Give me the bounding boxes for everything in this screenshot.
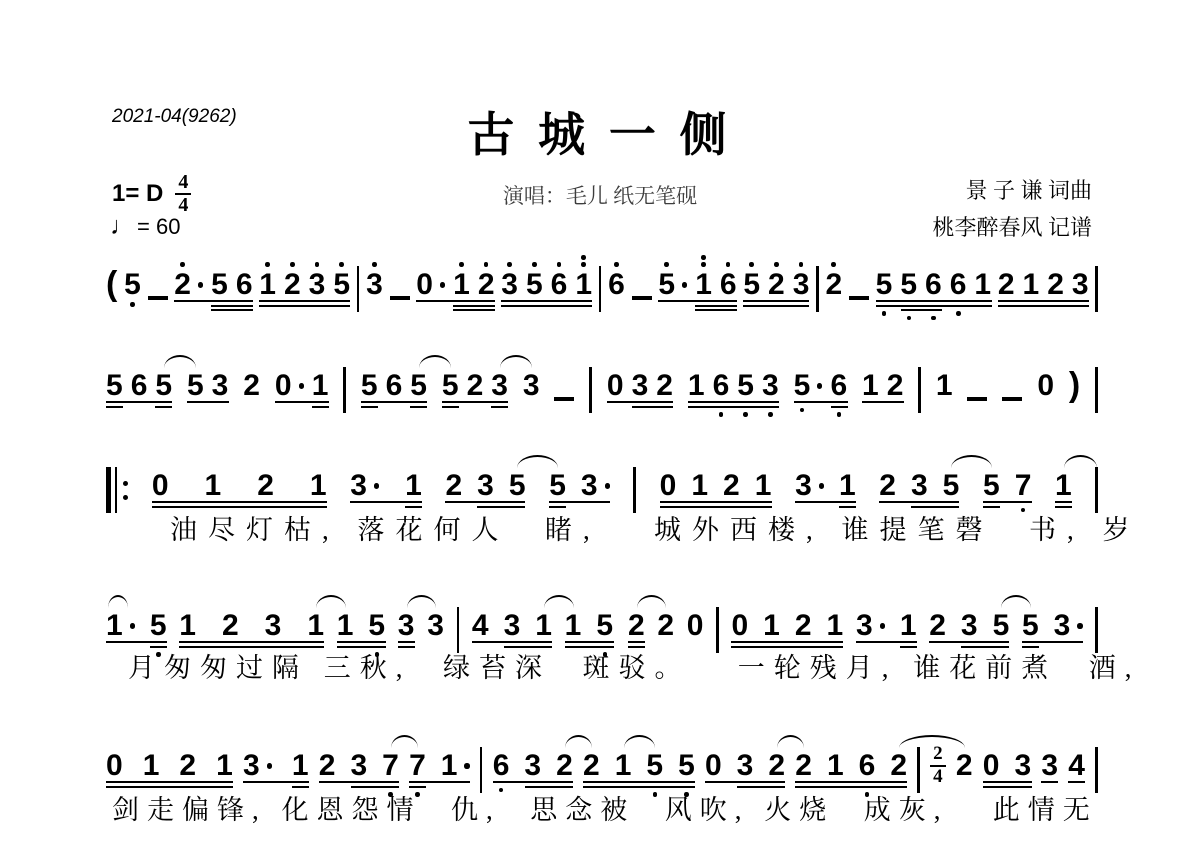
note: 3 bbox=[581, 454, 610, 502]
note-digit-row: 3 bbox=[581, 470, 610, 502]
note-group: 523 bbox=[743, 253, 809, 301]
note-group: 31 bbox=[350, 454, 422, 502]
note-digit-row: 2 bbox=[929, 610, 946, 642]
octave-dot-below bbox=[768, 412, 773, 417]
note-digit: 2 bbox=[795, 610, 812, 642]
note-digit-row: 5 bbox=[410, 370, 427, 402]
note-digit: 1 bbox=[1023, 269, 1040, 301]
dash-group bbox=[1002, 354, 1022, 401]
note: 6 bbox=[859, 734, 876, 782]
note-digit-row: 1 bbox=[839, 470, 856, 502]
key-text: 1= D bbox=[112, 180, 163, 208]
note-digit: 1 bbox=[827, 610, 844, 642]
note-digit: 2 bbox=[890, 750, 907, 782]
note-digit-row: 1 bbox=[441, 750, 470, 782]
note-digit: 3 bbox=[737, 750, 754, 782]
note-digit: 5 bbox=[1022, 610, 1039, 642]
octave-dot bbox=[581, 262, 586, 267]
repeat-dot bbox=[123, 495, 128, 500]
note-digit: 5 bbox=[155, 370, 172, 402]
octave-dots-above bbox=[484, 253, 489, 269]
note-digit: 1 bbox=[763, 610, 780, 642]
note: 5 bbox=[106, 354, 123, 402]
note-digit-row: 1 bbox=[936, 370, 953, 402]
note-digit: 1 bbox=[755, 470, 772, 502]
note-group: 71 bbox=[409, 734, 470, 782]
credit-transcriber: 桃李醉春风 记谱 bbox=[932, 209, 1092, 246]
beam-underline bbox=[879, 501, 959, 503]
note-digit: 1 bbox=[900, 610, 917, 642]
note-group: 0 bbox=[687, 594, 704, 642]
barline bbox=[1095, 266, 1098, 312]
music-line: (525612353012356165165232556612123 bbox=[106, 253, 1098, 325]
note-digit: 6 bbox=[236, 269, 253, 301]
octave-dot bbox=[701, 262, 706, 267]
note-group: 03 bbox=[983, 734, 1031, 782]
note-group: 237 bbox=[319, 734, 399, 782]
note-digit-row: 6 bbox=[131, 370, 148, 402]
duration-dash bbox=[390, 296, 410, 300]
octave-dots-above bbox=[532, 253, 537, 269]
note: 3 bbox=[524, 734, 541, 782]
beam-underline bbox=[929, 641, 1009, 643]
barline bbox=[633, 467, 636, 513]
note: 5 bbox=[150, 594, 167, 642]
note-digit-row: 2 bbox=[284, 269, 301, 301]
note-digit-row: 3 bbox=[1014, 750, 1031, 782]
note: 2 bbox=[795, 594, 812, 642]
note-digit-row: 3 bbox=[632, 370, 649, 402]
note-digit-row: 5 bbox=[943, 470, 960, 502]
note: 1 bbox=[827, 734, 844, 782]
note-digit-row: 3 bbox=[309, 269, 326, 301]
note-digit: 1 bbox=[179, 610, 196, 642]
note-digit-row: 1 bbox=[337, 610, 354, 642]
octave-dot bbox=[799, 262, 804, 267]
note-group: 152 bbox=[565, 594, 645, 642]
note: 6 bbox=[720, 253, 737, 301]
note: 2 bbox=[257, 454, 274, 502]
note-group: 0121 bbox=[660, 454, 772, 502]
dash-group bbox=[148, 253, 168, 300]
dash-group bbox=[632, 253, 652, 300]
lyrics-line: 月匆匆过隔 三秋, 绿苔深 斑驳。 一轮残月, 谁花前煮 酒, bbox=[128, 646, 1141, 685]
augmentation-dot bbox=[817, 383, 822, 388]
credit-composer: 景 子 谦 词曲 bbox=[932, 172, 1092, 209]
note-digit-row: 6 bbox=[386, 370, 403, 402]
note-group: 256 bbox=[174, 253, 252, 301]
octave-dots-above bbox=[459, 253, 464, 269]
octave-dots-above bbox=[507, 253, 512, 269]
note-digit-row: 4 bbox=[472, 610, 489, 642]
note: 3 bbox=[737, 734, 754, 782]
octave-dot bbox=[532, 262, 537, 267]
note-digit-row: 3 bbox=[524, 750, 541, 782]
dash-note bbox=[148, 253, 168, 300]
octave-dots-above bbox=[701, 253, 706, 269]
note-digit-row: 6 bbox=[551, 269, 568, 301]
beam-underline bbox=[416, 300, 495, 302]
note-digit-row: 5 bbox=[155, 370, 172, 402]
beam-underline bbox=[501, 300, 592, 302]
note-digit: 5 bbox=[361, 370, 378, 402]
octave-dot-below bbox=[130, 302, 135, 307]
note-digit-row: 1 bbox=[405, 470, 422, 502]
note: 2 bbox=[723, 454, 740, 502]
octave-dot-below bbox=[882, 311, 887, 316]
note-digit: 3 bbox=[581, 470, 598, 502]
note-group: 032 bbox=[705, 734, 785, 782]
note-digit-row: 5 bbox=[509, 470, 526, 502]
note: 3 bbox=[632, 354, 649, 402]
note-group: 3 bbox=[366, 253, 383, 301]
note: 2 bbox=[887, 354, 904, 402]
note-group: 12 bbox=[862, 354, 903, 402]
note-digit: 3 bbox=[1072, 269, 1089, 301]
note: 1 bbox=[691, 454, 708, 502]
note-digit-row: 7 bbox=[409, 750, 426, 782]
note-digit-row: 3 bbox=[243, 750, 272, 782]
note: 3 bbox=[856, 594, 885, 642]
beam-underline bbox=[312, 406, 329, 408]
note: 1 bbox=[827, 594, 844, 642]
tempo-value: = 60 bbox=[137, 214, 180, 240]
note-digit-row: 2 bbox=[583, 750, 600, 782]
beam-underline bbox=[259, 305, 350, 307]
note: 5 bbox=[900, 253, 917, 301]
octave-dot-below bbox=[956, 311, 961, 316]
note-digit-row: 5 bbox=[876, 269, 893, 301]
note-digit-row: 3 bbox=[477, 470, 494, 502]
time-denominator: 4 bbox=[933, 767, 943, 787]
sheet-page: 2021-04(9262) 古 城 一 侧 演唱：毛儿 纸无笔砚 景 子 谦 词… bbox=[0, 0, 1200, 850]
note-digit: 1 bbox=[695, 269, 712, 301]
note-digit: 2 bbox=[556, 750, 573, 782]
note-digit: 1 bbox=[312, 370, 329, 402]
bar-group bbox=[480, 734, 483, 793]
credits-block: 景 子 谦 词曲 桃李醉春风 记谱 bbox=[932, 172, 1092, 246]
bar-group bbox=[816, 253, 819, 312]
note-digit-row: 2 bbox=[628, 610, 645, 642]
note: 1 bbox=[310, 454, 327, 502]
note-group: 1235 bbox=[259, 253, 350, 301]
beam-underline bbox=[337, 641, 386, 643]
beam-underline bbox=[876, 305, 992, 307]
beam-underline bbox=[998, 305, 1089, 307]
note-digit: 1 bbox=[575, 269, 592, 301]
note-digit: 2 bbox=[795, 750, 812, 782]
bar-group bbox=[357, 253, 360, 312]
note-digit: 2 bbox=[319, 750, 336, 782]
note: 3 bbox=[366, 253, 383, 301]
note: 3 bbox=[243, 734, 272, 782]
note-digit: 1 bbox=[143, 750, 160, 782]
note-digit-row: 6 bbox=[950, 269, 967, 301]
note-digit: 3 bbox=[212, 370, 229, 402]
note-digit: 5 bbox=[333, 269, 350, 301]
note-digit-row: 2 bbox=[723, 470, 740, 502]
note-group: 53 bbox=[549, 454, 610, 502]
note-digit-row: 3 bbox=[427, 610, 444, 642]
note-digit-row: 5 bbox=[106, 370, 123, 402]
note-digit: 7 bbox=[1015, 470, 1032, 502]
beam-underline bbox=[259, 300, 350, 302]
note-digit-row: 3 bbox=[1041, 750, 1058, 782]
note: 1 bbox=[839, 454, 856, 502]
beam-underline bbox=[1041, 781, 1058, 783]
note-digit: 0 bbox=[731, 610, 748, 642]
note-digit-row: 0 bbox=[607, 370, 624, 402]
parenthesis-glyph: ( bbox=[106, 264, 117, 304]
note-digit: 1 bbox=[615, 750, 632, 782]
octave-dot bbox=[315, 262, 320, 267]
beam-underline bbox=[179, 641, 324, 643]
note: 6 bbox=[830, 354, 847, 402]
beam-underline bbox=[398, 641, 415, 643]
note-digit: 0 bbox=[687, 610, 704, 642]
note: 5 bbox=[361, 354, 378, 402]
note-digit-row: 6 bbox=[859, 750, 876, 782]
augmentation-dot bbox=[198, 282, 203, 287]
note-digit: 4 bbox=[1068, 750, 1085, 782]
note: 3 bbox=[1014, 734, 1031, 782]
note: 2 bbox=[445, 454, 462, 502]
note-digit-row: 2 bbox=[319, 750, 336, 782]
note: 2 bbox=[174, 253, 203, 301]
note: 2 bbox=[1047, 253, 1064, 301]
note-digit: 2 bbox=[243, 370, 260, 402]
note-group: 1653 bbox=[688, 354, 779, 402]
note-digit-row: 6 bbox=[608, 269, 625, 301]
note: 1 bbox=[143, 734, 160, 782]
note: 0 bbox=[106, 734, 123, 782]
note-digit-row: 0 bbox=[416, 269, 445, 301]
note-group: 31 bbox=[243, 734, 309, 782]
note: 3 bbox=[504, 594, 521, 642]
note: 1 bbox=[936, 354, 953, 402]
note: 1 bbox=[763, 594, 780, 642]
octave-dot-below bbox=[743, 412, 748, 417]
note-digit-row: 5 bbox=[368, 610, 385, 642]
note-digit: 1 bbox=[292, 750, 309, 782]
note: 1 bbox=[441, 734, 470, 782]
beam-underline bbox=[1022, 641, 1083, 643]
note-digit: 2 bbox=[628, 610, 645, 642]
note-digit-row: 2 bbox=[657, 610, 674, 642]
octave-dots-above bbox=[749, 253, 754, 269]
song-title: 古 城 一 侧 bbox=[0, 98, 1200, 165]
rep-group bbox=[106, 454, 128, 513]
note-digit-row: 1 bbox=[106, 610, 135, 642]
note: 6 bbox=[925, 253, 942, 301]
note: 3 bbox=[1072, 253, 1089, 301]
note-digit: 2 bbox=[825, 269, 842, 301]
note-group: 235 bbox=[879, 454, 959, 502]
tempo-marking: ♩ = 60 bbox=[110, 212, 180, 241]
beam-underline bbox=[862, 401, 904, 403]
beam-underline bbox=[211, 305, 253, 307]
note-digit: 5 bbox=[410, 370, 427, 402]
key-signature: 1= D 4 4 bbox=[112, 172, 191, 216]
note-digit-row: 5 bbox=[646, 750, 663, 782]
octave-dot-below bbox=[907, 316, 912, 321]
note-digit: 6 bbox=[925, 269, 942, 301]
note: 2 bbox=[656, 354, 673, 402]
beam-underline bbox=[983, 781, 1032, 783]
note: 6 bbox=[551, 253, 568, 301]
note: 5 bbox=[333, 253, 350, 301]
beam-underline bbox=[453, 309, 495, 311]
duration-dash bbox=[967, 397, 987, 401]
note-group: 2 bbox=[825, 253, 842, 301]
bar-group bbox=[457, 594, 460, 653]
octave-dots-above bbox=[339, 253, 344, 269]
note: 6 bbox=[386, 354, 403, 402]
note-digit-row: 0 bbox=[275, 370, 304, 402]
dash-note bbox=[849, 253, 869, 300]
augmentation-dot bbox=[374, 483, 379, 488]
note-digit-row: 2 bbox=[243, 370, 260, 402]
barline bbox=[917, 747, 920, 793]
note-digit: 2 bbox=[768, 750, 785, 782]
beam-underline bbox=[876, 300, 992, 302]
note-digit-row: 5 bbox=[187, 370, 204, 402]
octave-dot bbox=[749, 262, 754, 267]
note-group: 31 bbox=[795, 454, 856, 502]
note-group: 55661 bbox=[876, 253, 991, 301]
octave-dots-above bbox=[290, 253, 295, 269]
note-digit: 1 bbox=[337, 610, 354, 642]
note: 1 bbox=[292, 734, 309, 782]
octave-dot-below bbox=[837, 412, 842, 417]
note: 0 bbox=[275, 354, 304, 402]
note-digit-row: 5 bbox=[124, 269, 141, 301]
note-digit-row: 1 bbox=[179, 610, 196, 642]
note-digit: 6 bbox=[950, 269, 967, 301]
octave-dots-above bbox=[180, 253, 185, 269]
note-digit-row: 3 bbox=[856, 610, 885, 642]
note-digit-row: 5 bbox=[678, 750, 695, 782]
augmentation-dot bbox=[464, 763, 469, 768]
note-digit: 3 bbox=[427, 610, 444, 642]
note-group: 31 bbox=[856, 594, 917, 642]
note: 5 bbox=[743, 253, 760, 301]
note: 5 bbox=[596, 594, 613, 642]
note-digit: 3 bbox=[366, 269, 383, 301]
octave-dot bbox=[701, 255, 706, 260]
note-digit-row: 3 bbox=[212, 370, 229, 402]
note-digit-row: 2 bbox=[556, 750, 573, 782]
barline bbox=[480, 747, 483, 793]
note-digit: 1 bbox=[535, 610, 552, 642]
note-group: 56 bbox=[794, 354, 848, 402]
note-digit: 5 bbox=[526, 269, 543, 301]
note-digit-row: 3 bbox=[350, 750, 367, 782]
beam-underline bbox=[705, 781, 785, 783]
note-digit-row: 6 bbox=[493, 750, 510, 782]
barline bbox=[1095, 467, 1098, 513]
note-group: 632 bbox=[493, 734, 573, 782]
note-digit: 5 bbox=[737, 370, 754, 402]
duration-dash bbox=[554, 397, 574, 401]
note-digit: 2 bbox=[998, 269, 1015, 301]
dash-note bbox=[554, 354, 574, 401]
note-digit-row: 0 bbox=[152, 470, 169, 502]
note-digit-row: 0 bbox=[687, 610, 704, 642]
note-digit: 4 bbox=[472, 610, 489, 642]
bar-group bbox=[918, 354, 921, 413]
repeat-thin-bar bbox=[115, 467, 117, 513]
octave-dot bbox=[484, 262, 489, 267]
note-group: 01 bbox=[275, 354, 329, 402]
music-line: 5655320156552330321653561210) bbox=[106, 354, 1098, 426]
beam-underline bbox=[688, 406, 779, 408]
octave-dots-above bbox=[557, 253, 562, 269]
note-digit: 1 bbox=[307, 610, 324, 642]
note: 2 bbox=[179, 734, 196, 782]
barline bbox=[816, 266, 819, 312]
par-group: ( bbox=[106, 253, 117, 304]
note-digit: 1 bbox=[310, 470, 327, 502]
note: 2 bbox=[879, 454, 896, 502]
note: 6 bbox=[713, 354, 730, 402]
beam-underline bbox=[174, 300, 253, 302]
augmentation-dot bbox=[880, 623, 885, 628]
beam-underline bbox=[743, 305, 809, 307]
note-digit-row: 2 bbox=[879, 470, 896, 502]
note-digit-row: 5 bbox=[333, 269, 350, 301]
dash-group bbox=[390, 253, 410, 300]
octave-dot bbox=[265, 262, 270, 267]
note-digit-row: 2 bbox=[445, 470, 462, 502]
note-digit-row: 5 bbox=[983, 470, 1000, 502]
octave-dot bbox=[459, 262, 464, 267]
beam-underline bbox=[660, 501, 772, 503]
octave-dot bbox=[664, 262, 669, 267]
note: 1 bbox=[755, 454, 772, 502]
lyrics-line: 油尽灯枯, 落花何人 睹, 城外西楼, 谁提笔磬 书, 岁 bbox=[170, 508, 1141, 547]
note-digit: 3 bbox=[477, 470, 494, 502]
note-digit: 6 bbox=[131, 370, 148, 402]
note-digit: 1 bbox=[205, 470, 222, 502]
beam-underline bbox=[453, 305, 495, 307]
note-digit: 0 bbox=[106, 750, 123, 782]
note-digit: 3 bbox=[1014, 750, 1031, 782]
beam-underline bbox=[695, 309, 737, 311]
beam-underline bbox=[319, 781, 399, 783]
beam-underline bbox=[493, 781, 573, 783]
beam-underline bbox=[549, 501, 610, 503]
note-digit: 2 bbox=[284, 269, 301, 301]
note: 1 bbox=[216, 734, 233, 782]
beam-underline bbox=[795, 781, 907, 783]
note-digit-row: 1 bbox=[763, 610, 780, 642]
note-digit: 3 bbox=[243, 750, 260, 782]
note-digit: 2 bbox=[656, 370, 673, 402]
octave-dot-below bbox=[931, 316, 936, 321]
barline bbox=[357, 266, 360, 312]
note-digit-row: 1 bbox=[310, 470, 327, 502]
note-digit: 6 bbox=[859, 750, 876, 782]
note-digit-row: 0 bbox=[1037, 370, 1054, 402]
beam-underline bbox=[410, 406, 427, 408]
note-digit-row: 2 bbox=[222, 610, 239, 642]
note-digit-row: 1 bbox=[216, 750, 233, 782]
note: 3 bbox=[1054, 594, 1083, 642]
note-group: 516 bbox=[658, 253, 736, 301]
note-digit-row: 3 bbox=[793, 269, 810, 301]
augmentation-dot bbox=[299, 383, 304, 388]
